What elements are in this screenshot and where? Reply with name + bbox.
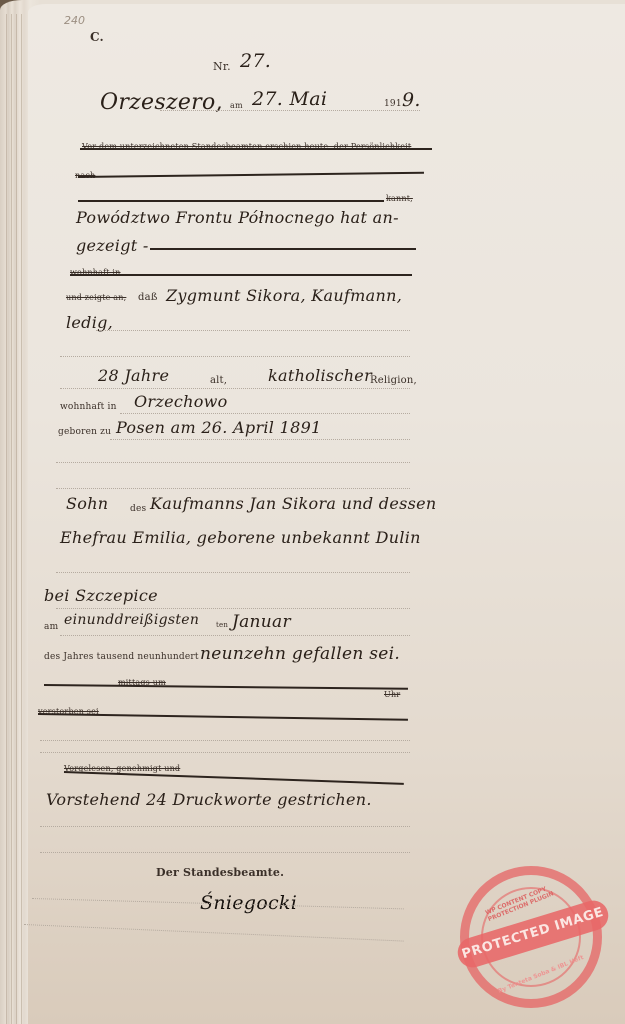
form-letter: C. [90,30,104,44]
age: 28 Jahre [98,366,169,385]
deceased-name-occupation: Zygmunt Sikora, Kaufmann, [166,286,402,305]
place-name: Orzeszero, [100,90,223,115]
death-day: einunddreißigsten [64,612,199,628]
sohn: Sohn [66,494,108,513]
parents-line-2: Ehefrau Emilia, geborene unbekannt Dulin [60,528,421,547]
struck-kannt: kannt, [386,194,413,203]
parents-line-1: Kaufmanns Jan Sikora und dessen [150,494,437,513]
struck-und-zeigte-an: und zeigte an, [66,293,126,302]
am-label: am [44,622,58,632]
religion-label: Religion, [370,375,417,386]
date-am-label: am [230,101,243,110]
alt-label: alt, [210,375,227,386]
pencil-page-number: 240 [64,14,85,27]
wohnhaft-label: wohnhaft in [60,402,117,412]
residence: Orzechowo [134,392,228,411]
death-place: bei Szczepice [44,586,158,605]
des-label: des [130,504,146,514]
number-label: Nr. [213,60,231,73]
entry-date: 27. Mai [252,88,327,110]
ten-label: ten [216,621,228,629]
year-digit: 9. [402,89,421,111]
death-month: Januar [232,612,291,632]
dass-label: daß [138,292,158,303]
page-edge [6,14,7,1024]
strike-note: Vorstehend 24 Druckworte gestrichen. [46,790,372,809]
protected-image-watermark: WP CONTENT COPY PROTECTION PLUGIN PROTEC… [460,866,602,1008]
informant-line-1: Powództwo Frontu Północnego hat an- [76,208,399,227]
jahres-label: des Jahres tausend neunhundert [44,652,199,662]
year-prefix: 191 [384,99,402,109]
birth-place-date: Posen am 26. April 1891 [116,418,322,437]
page-edge [11,14,12,1024]
religion: katholischer [268,366,372,385]
struck-uhr: Uhr [384,690,400,699]
official-label: Der Standesbeamte. [156,866,284,879]
death-year-phrase: neunzehn gefallen sei. [200,644,400,664]
informant-line-2: gezeigt - [76,236,149,255]
entry-number: 27. [240,50,271,72]
geboren-label: geboren zu [58,427,111,437]
page-edge [16,14,17,1024]
page-edge [21,14,22,1024]
struck-mittags: mittags um [118,678,166,687]
